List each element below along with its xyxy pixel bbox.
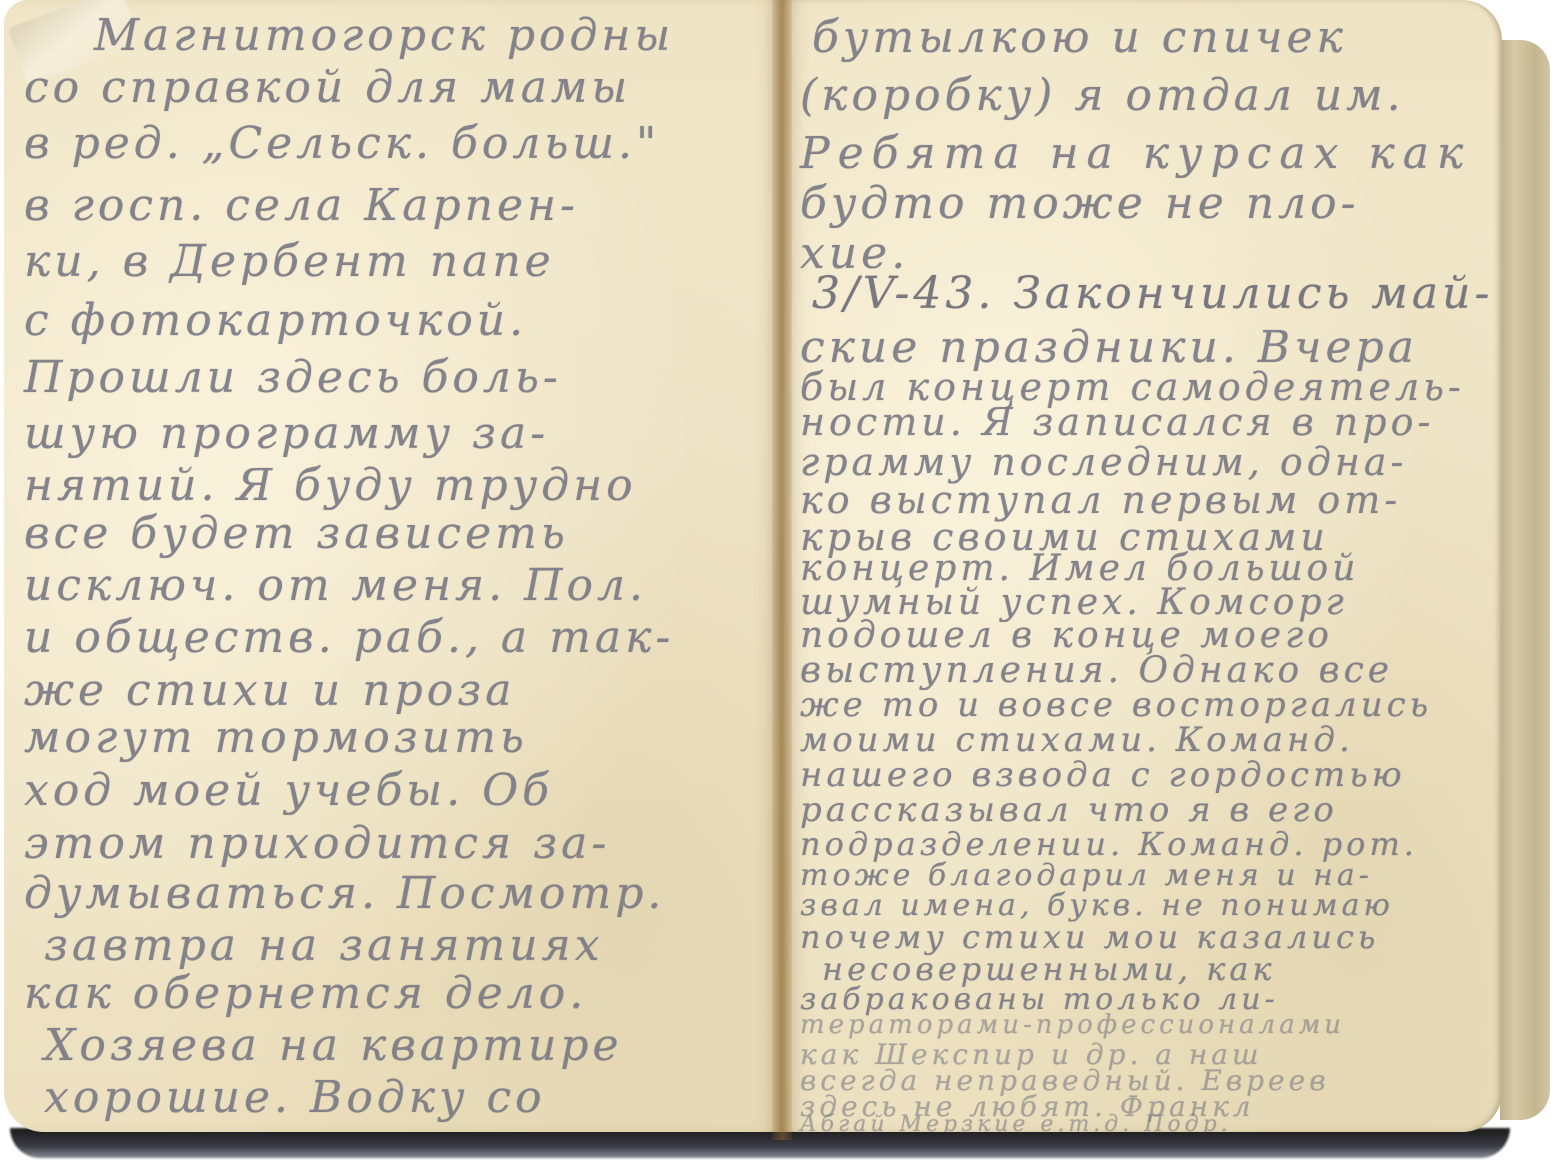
handwritten-line: исключ. от меня. Пол. — [24, 560, 647, 611]
notebook-spine-gutter — [772, 0, 792, 1140]
right-page-text: бутылкою и спичек (коробку) я отдал им. … — [782, 0, 1502, 1132]
diary-entry-date-line: 3/V-43. Закончились май- — [812, 268, 1493, 319]
right-page: бутылкою и спичек (коробку) я отдал им. … — [782, 0, 1502, 1132]
handwritten-line: завтра на занятиях — [44, 920, 604, 971]
handwritten-line: в ред. „Сельск. больш." — [24, 118, 660, 169]
handwritten-line: шую программу за- — [24, 408, 549, 459]
handwritten-line: ... сказал что он ... — [982, 1130, 1269, 1132]
handwritten-line: со справкой для мамы — [24, 62, 631, 113]
handwritten-line: же то и вовсе восторгались — [800, 685, 1432, 725]
handwritten-line: ности. Я записался в про- — [800, 400, 1434, 444]
diary-spread: Магнитогорск родны со справкой для мамы … — [0, 0, 1561, 1166]
handwritten-line: в госп. села Карпен- — [24, 180, 579, 231]
left-page: Магнитогорск родны со справкой для мамы … — [4, 0, 782, 1132]
handwritten-line: этом приходится за- — [24, 818, 610, 869]
handwritten-line: нятий. Я буду трудно — [24, 460, 637, 511]
handwritten-line: нашего взвода с гордостью — [800, 755, 1406, 795]
page-block-edge — [1500, 40, 1550, 1120]
handwritten-line: моими стихами. Команд. — [800, 720, 1354, 760]
handwritten-line: Магнитогорск родны — [94, 10, 674, 61]
handwritten-line: же стихи и проза — [24, 665, 515, 716]
left-page-text: Магнитогорск родны со справкой для мамы … — [4, 0, 782, 1132]
handwritten-line: рассказывал что я в его — [800, 790, 1338, 830]
notebook-cover-edge — [10, 1128, 1510, 1158]
handwritten-line: ки, в Дербент папе — [24, 236, 555, 287]
handwritten-line: будто тоже не пло- — [800, 178, 1359, 229]
handwritten-line: с фотокарточкой. — [24, 295, 527, 346]
handwritten-line: Ребята на курсах как — [800, 128, 1471, 179]
handwritten-line: думываться. Посмотр. — [24, 868, 665, 919]
handwritten-line: Хозяева на квартире — [44, 1020, 623, 1071]
handwritten-line: как обернется дело. — [24, 968, 587, 1019]
handwritten-line: бутылкою и спичек — [812, 12, 1347, 63]
handwritten-line: Абгай Мерзкие е.т.д. Подр. — [800, 1112, 1232, 1132]
handwritten-line: (коробку) я отдал им. — [800, 70, 1405, 121]
handwritten-line: могут тормозить — [24, 712, 528, 763]
handwritten-line: хорошие. Водку со — [44, 1072, 546, 1123]
handwritten-line: все будет зависеть — [24, 508, 569, 559]
handwritten-line: Прошли здесь боль- — [24, 352, 562, 403]
handwritten-line: ход моей учебы. Об — [24, 765, 553, 816]
handwritten-line: тераторами-профессионалами — [800, 1010, 1345, 1040]
handwritten-line: и обществ. раб., а так- — [24, 612, 674, 663]
